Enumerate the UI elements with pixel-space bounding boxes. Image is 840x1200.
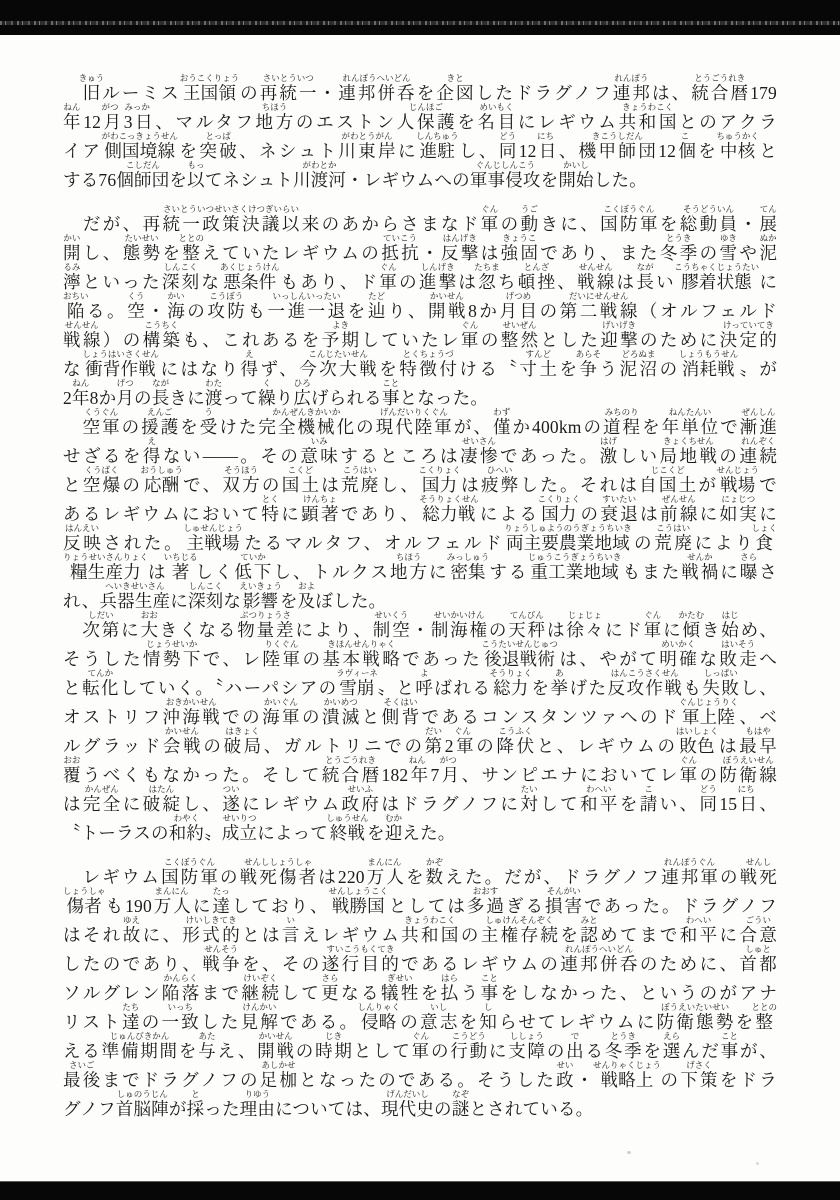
text-run: の bbox=[142, 1012, 162, 1032]
ruby-word: 現代史げんだいし bbox=[381, 1099, 434, 1119]
ruby-word: 整ととの bbox=[755, 1012, 777, 1032]
text-run: を bbox=[280, 591, 298, 611]
text-run: に bbox=[720, 562, 740, 582]
ruby-word: 荒廃こうはい bbox=[654, 533, 694, 553]
ruby-word: 長なが bbox=[152, 388, 170, 408]
text-run: の bbox=[481, 330, 501, 350]
ruby-word: 第二戦線だいにせんせん bbox=[560, 301, 640, 321]
ruby-word: 戦略上せんりゃくじょう bbox=[595, 1070, 658, 1090]
ruby-word: 知し bbox=[479, 1012, 499, 1032]
text-run: を bbox=[457, 112, 477, 132]
text-run: であるレギウムの bbox=[401, 954, 560, 974]
text-run: しく bbox=[194, 562, 235, 582]
text-run: を bbox=[180, 417, 200, 437]
text-run: 12 bbox=[519, 141, 537, 161]
text-run: レギウム bbox=[63, 867, 161, 887]
text-run: を bbox=[179, 1041, 198, 1061]
text-run: と、レギウムの bbox=[537, 736, 678, 756]
text-line: レギウム国防軍こくぼうぐんの戦死傷者せんししょうしゃは220万人まんにんを数かぞ… bbox=[63, 857, 777, 886]
text-run: を bbox=[421, 983, 441, 1003]
ruby-word: 会戦かいせん bbox=[163, 736, 203, 756]
text-run: の bbox=[461, 925, 481, 945]
ruby-word: 合意ごうい bbox=[739, 925, 777, 945]
ruby-word: 損害そんがい bbox=[545, 896, 584, 916]
ruby-word: 大おお bbox=[140, 620, 159, 640]
ruby-word: 防衛態勢ぼうえいたいせい bbox=[657, 1012, 736, 1032]
text-run: の bbox=[302, 707, 322, 727]
ruby-word: 著いちじる bbox=[168, 562, 194, 582]
ruby-word: 以もっ bbox=[187, 170, 205, 190]
ruby-word: 年ねん bbox=[63, 112, 83, 132]
text-run: まで bbox=[202, 983, 242, 1003]
text-run: を bbox=[367, 823, 385, 843]
ruby-word: 衝背作戦しょうはいさくせん bbox=[83, 359, 158, 379]
text-run: 179 bbox=[750, 83, 777, 103]
ruby-word: 陸軍りくぐん bbox=[262, 649, 302, 669]
text-run: の bbox=[578, 504, 600, 524]
ruby-word: 応酬おうしゅう bbox=[142, 475, 181, 495]
text-run: は bbox=[640, 504, 660, 524]
ruby-word: 連続れんぞく bbox=[739, 446, 777, 466]
text-run: を bbox=[643, 1041, 662, 1061]
text-run: をしなかった、というのがアナ bbox=[500, 983, 777, 1003]
text-run: の bbox=[660, 359, 680, 379]
ruby-word: 明確めいかく bbox=[659, 649, 699, 669]
text-run: に bbox=[429, 562, 449, 582]
text-run: の bbox=[700, 765, 720, 785]
text-run: げられる bbox=[311, 388, 382, 408]
ruby-word: 膠着状態こうちゃくじょうたい bbox=[676, 272, 757, 292]
ruby-word: 局地戦きょくちせん bbox=[660, 446, 720, 466]
text-run: オストリフ bbox=[63, 707, 162, 727]
text-run: に bbox=[757, 272, 777, 292]
text-run: たるマルタフ、オルフェルド bbox=[242, 533, 505, 553]
text-run: にはなり bbox=[158, 359, 240, 379]
ruby-word: 犠牲ぎせい bbox=[381, 983, 421, 1003]
text-run: に bbox=[398, 141, 418, 161]
ruby-word: 個師団こしだん bbox=[116, 170, 169, 190]
text-run: に bbox=[489, 1041, 508, 1061]
text-run: の bbox=[659, 1070, 681, 1090]
text-run: も190 bbox=[104, 896, 152, 916]
ruby-word: 連邦併呑れんぽうへいどん bbox=[338, 83, 417, 103]
ruby-word: 破局はきょく bbox=[223, 736, 263, 756]
ruby-word: 地方ちほう bbox=[256, 112, 296, 132]
ruby-word: 整ととの bbox=[182, 243, 200, 263]
ruby-word: 完全かんぜん bbox=[83, 794, 123, 814]
ruby-word: 謎なぞ bbox=[452, 1099, 470, 1119]
text-run: であった。ドラグノフ bbox=[584, 896, 777, 916]
ruby-word: 連邦併呑れんぽうへいどん bbox=[560, 954, 640, 974]
ruby-word: 強固きょうこ bbox=[501, 243, 541, 263]
ruby-word: 日にち bbox=[537, 141, 559, 161]
text-run: な bbox=[63, 359, 83, 379]
ruby-word: 下策げさく bbox=[680, 1070, 720, 1090]
ruby-word: 戦場せんじょう bbox=[718, 475, 757, 495]
text-line: だが、再統一政策決議以来さいとういつせいさくけつぎいらいのあからさまなド軍ぐんの… bbox=[63, 204, 777, 233]
ruby-word: 和平わへい bbox=[680, 925, 720, 945]
ruby-word: 機甲師団きこうしだん bbox=[579, 141, 659, 161]
text-run: であり、また bbox=[540, 243, 659, 263]
text-run: の bbox=[187, 301, 207, 321]
text-run: での bbox=[222, 707, 262, 727]
text-run: ・ bbox=[319, 83, 339, 103]
text-run: の bbox=[220, 867, 240, 887]
ruby-word: 及およ bbox=[298, 591, 316, 611]
ruby-word: 認みと bbox=[580, 925, 600, 945]
text-run: 、 bbox=[559, 141, 579, 161]
ruby-word: 選えら bbox=[663, 1041, 682, 1061]
text-run: はドラグノフに bbox=[381, 794, 520, 814]
text-run: なる bbox=[341, 983, 381, 1003]
text-run: せざるを bbox=[63, 446, 143, 466]
text-run: って bbox=[223, 388, 258, 408]
ruby-word: 月げつ bbox=[116, 388, 134, 408]
text-run: にド bbox=[605, 620, 644, 640]
ruby-word: 年ねん bbox=[72, 388, 90, 408]
ruby-word: 糧生産力りょうせいさんりょく bbox=[63, 562, 146, 582]
text-run: し、 bbox=[381, 475, 421, 495]
text-run: けた bbox=[219, 417, 258, 437]
ruby-word: 次第しだい bbox=[82, 620, 121, 640]
ruby-word: 天秤てんびん bbox=[508, 620, 547, 640]
scan-speck bbox=[627, 1151, 631, 1154]
ruby-word: 軍ぐん bbox=[644, 620, 663, 640]
ruby-word: 現代陸軍げんだいりくぐん bbox=[376, 417, 454, 437]
text-run: う bbox=[597, 359, 619, 379]
text-run: 2 bbox=[63, 388, 72, 408]
ruby-word: 最早もはや bbox=[739, 736, 777, 756]
scan-speck bbox=[756, 1162, 759, 1165]
text-run: えレギウム bbox=[302, 925, 401, 945]
text-line: リスト達たちの一致いっちした見解けんかいである。侵略しんりゃくの意志いしを知しら… bbox=[63, 1002, 777, 1031]
text-run: 8か bbox=[90, 388, 117, 408]
text-run: していく。〝ハーパシアの bbox=[120, 678, 338, 698]
text-run: の bbox=[547, 1041, 566, 1061]
text-run: のために、 bbox=[640, 954, 740, 974]
text-run: る bbox=[585, 1041, 604, 1061]
ruby-word: 国力こくりょく bbox=[420, 475, 459, 495]
ruby-word: 共和国きょうわこく bbox=[401, 925, 461, 945]
ruby-word: 王国領おうこくりょう bbox=[181, 83, 238, 103]
ruby-word: 敗走はいそう bbox=[719, 649, 759, 669]
text-run: する bbox=[488, 562, 529, 582]
text-run: 182 bbox=[382, 765, 409, 785]
text-run: を bbox=[177, 141, 199, 161]
ruby-word: 採と bbox=[187, 1099, 205, 1119]
text-run: を bbox=[417, 83, 437, 103]
ruby-word: 意志いし bbox=[420, 1012, 460, 1032]
ruby-word: 軍ぐん bbox=[481, 214, 501, 234]
ruby-word: 侵略しんりゃく bbox=[359, 1012, 398, 1032]
text-run: ・ bbox=[147, 301, 167, 321]
ruby-word: 戦線せんせん bbox=[577, 272, 617, 292]
text-run: の bbox=[296, 1041, 315, 1061]
text-run: が、 bbox=[740, 1041, 777, 1061]
ruby-word: 継続けいぞく bbox=[241, 983, 281, 1003]
ruby-word: 道程みちのり bbox=[603, 417, 642, 437]
ruby-word: 抵抗ていこう bbox=[381, 243, 421, 263]
ruby-word: 川東岸がわとうがん bbox=[338, 141, 398, 161]
ruby-word: 万人まんにん bbox=[365, 867, 406, 887]
ruby-word: 企図きと bbox=[436, 83, 475, 103]
ruby-word: 遂つい bbox=[222, 794, 242, 814]
text-run: は、やがて bbox=[557, 649, 659, 669]
text-run: を bbox=[620, 794, 640, 814]
ruby-word: 月がつ bbox=[439, 765, 461, 785]
ruby-word: 後退戦術こうたいせんじゅつ bbox=[482, 649, 557, 669]
text-run: ルグラッド bbox=[63, 736, 163, 756]
text-run: 、ガルトリニでの bbox=[264, 736, 425, 756]
ruby-word: 基本戦略きほんせんりゃく bbox=[322, 649, 402, 669]
ruby-word: 最後さいご bbox=[63, 1070, 103, 1090]
text-line: 旧きゅうルーミス王国領おうこくりょうの再統一さいとういつ・連邦併呑れんぽうへいど… bbox=[63, 73, 777, 102]
text-run: して bbox=[281, 983, 321, 1003]
paragraph: だが、再統一政策決議以来さいとういつせいさくけつぎいらいのあからさまなド軍ぐんの… bbox=[63, 204, 777, 407]
ruby-word: 川渡河がわとか bbox=[293, 170, 346, 190]
ruby-word: 軍ぐん bbox=[461, 330, 481, 350]
ruby-word: 辿たど bbox=[368, 301, 388, 321]
text-run: したのであり、 bbox=[63, 954, 202, 974]
text-run: げた bbox=[570, 678, 608, 698]
text-run: を bbox=[169, 170, 187, 190]
text-run: き bbox=[700, 620, 721, 640]
ruby-word: 僅わず bbox=[493, 417, 513, 437]
text-run: に、 bbox=[143, 925, 183, 945]
text-run: の bbox=[489, 620, 508, 640]
paragraph: 旧きゅうルーミス王国領おうこくりょうの再統一さいとういつ・連邦併呑れんぽうへいど… bbox=[63, 73, 777, 189]
text-line: 空軍くうぐんの援護えんごを受うけた完全機械化かんぜんきかいかの現代陸軍げんだいり… bbox=[63, 407, 777, 436]
text-run: に bbox=[121, 620, 140, 640]
text-run: ける〝 bbox=[459, 359, 519, 379]
paragraph: 次第しだいに大おおきくなる物量差ぶつりょうさにより、制空せいくう・制海権せいかい… bbox=[63, 610, 777, 842]
text-run: め、 bbox=[741, 620, 777, 640]
text-run: による bbox=[478, 504, 540, 524]
text-run: が、 bbox=[454, 417, 493, 437]
ruby-word: 一致いっち bbox=[162, 1012, 202, 1032]
scan-grain-line bbox=[0, 21, 840, 25]
ruby-word: 冬季とうき bbox=[660, 243, 700, 263]
text-run: で bbox=[757, 475, 777, 495]
ruby-word: 双方そうほう bbox=[222, 475, 262, 495]
scanned-book-page: { "document": { "type": "scanned-book-pa… bbox=[0, 0, 840, 1200]
text-run: ・ bbox=[411, 620, 430, 640]
paragraph: 空軍くうぐんの援護えんごを受うけた完全機械化かんぜんきかいかの現代陸軍げんだいり… bbox=[63, 407, 777, 610]
ruby-word: 主権存続しゅけんそんぞく bbox=[481, 925, 561, 945]
ruby-word: 疲弊ひへい bbox=[481, 475, 521, 495]
ruby-word: 開戦かいせん bbox=[428, 301, 468, 321]
ruby-word: 開戦かいせん bbox=[257, 1041, 296, 1061]
ruby-word: 潰滅かいめつ bbox=[322, 707, 362, 727]
text-run: う bbox=[461, 983, 481, 1003]
ruby-word: 与あた bbox=[198, 1041, 217, 1061]
ruby-word: 首脳陣しゅのうじん bbox=[116, 1099, 169, 1119]
ruby-word: 年ねん bbox=[408, 765, 430, 785]
text-run: を、その bbox=[242, 954, 322, 974]
text-run: とは bbox=[242, 925, 282, 945]
text-run: の bbox=[398, 1012, 420, 1032]
text-run: の bbox=[501, 214, 521, 234]
ruby-word: 国力こくりょく bbox=[539, 504, 578, 524]
ruby-word: 失敗しっぱい bbox=[702, 678, 740, 698]
ruby-word: 悪条件あくじょうけん bbox=[221, 272, 278, 292]
text-run: の bbox=[399, 272, 419, 292]
ruby-word: 反映はんえい bbox=[63, 533, 103, 553]
ruby-word: 成立せいりつ bbox=[222, 823, 257, 843]
ruby-word: 万人まんにん bbox=[152, 896, 193, 916]
ruby-word: 戦死傷者せんししょうしゃ bbox=[240, 867, 319, 887]
text-run: した。 bbox=[594, 170, 647, 190]
ruby-word: 言い bbox=[282, 925, 302, 945]
text-run: だが、 bbox=[63, 214, 143, 234]
ruby-word: 連邦れんぽう bbox=[613, 83, 652, 103]
ruby-word: 準備期間じゅんびきかん bbox=[102, 1041, 179, 1061]
text-run: んだ bbox=[682, 1041, 721, 1061]
text-run: であった bbox=[402, 649, 482, 669]
text-run: と bbox=[63, 678, 82, 698]
ruby-word: 制空せいくう bbox=[373, 620, 412, 640]
ruby-word: 事こと bbox=[382, 388, 400, 408]
text-run: や bbox=[739, 243, 759, 263]
text-run: とのアクラ bbox=[679, 112, 777, 132]
text-run: も bbox=[247, 301, 267, 321]
ruby-word: 深刻しんこく bbox=[162, 272, 202, 292]
text-run: はそれ bbox=[63, 925, 123, 945]
ruby-word: 雪崩ラヴィーネ bbox=[338, 678, 377, 698]
text-run: を bbox=[560, 925, 580, 945]
ruby-word: 如実にょじつ bbox=[720, 504, 760, 524]
text-run: も bbox=[683, 678, 702, 698]
ruby-word: 迎撃げいげき bbox=[600, 330, 640, 350]
ruby-word: 国防軍こくぼうぐん bbox=[161, 867, 220, 887]
text-run: した bbox=[201, 1012, 241, 1032]
ruby-word: 泥ぬか bbox=[759, 243, 777, 263]
text-run: きくなる bbox=[160, 620, 237, 640]
text-run: については、 bbox=[275, 1099, 381, 1119]
text-run: として bbox=[354, 1041, 412, 1061]
text-run: を bbox=[642, 417, 662, 437]
text-run: か400kmの bbox=[512, 417, 603, 437]
text-run: された。 bbox=[103, 533, 184, 553]
text-run: え、 bbox=[218, 1041, 258, 1061]
text-run: としては bbox=[387, 896, 467, 916]
ruby-word: 陥落かんらく bbox=[162, 983, 202, 1003]
text-run: の bbox=[476, 736, 496, 756]
ruby-word: 側国境線がわこっきょうせん bbox=[102, 141, 177, 161]
ruby-word: 忽たちま bbox=[478, 272, 496, 292]
text-run: らせてレギウムに bbox=[499, 1012, 656, 1032]
text-run: であり、 bbox=[341, 504, 420, 524]
text-run: は bbox=[717, 736, 740, 756]
ruby-word: 渡わた bbox=[205, 388, 223, 408]
text-run: える bbox=[63, 1041, 102, 1061]
ruby-word: 総動員そうどういん bbox=[680, 214, 740, 234]
ruby-word: 傾かたむ bbox=[683, 620, 701, 640]
ruby-word: 開始かいし bbox=[558, 170, 593, 190]
ruby-word: 迎むか bbox=[385, 823, 403, 843]
text-run: するところは bbox=[340, 446, 460, 466]
ruby-word: 得え bbox=[143, 446, 163, 466]
ruby-word: 意味いみ bbox=[300, 446, 340, 466]
text-run: とした bbox=[541, 330, 601, 350]
text-run: のあからさまなド bbox=[322, 214, 481, 234]
text-run: に bbox=[193, 896, 213, 916]
text-run: の bbox=[700, 243, 720, 263]
text-run: に bbox=[123, 794, 143, 814]
ruby-word: 国防軍こくぼうぐん bbox=[600, 214, 660, 234]
ruby-word: 総力そうりょく bbox=[491, 678, 530, 698]
text-run: えていたレギウムの bbox=[200, 243, 381, 263]
text-run: までドラグノフの bbox=[103, 1070, 260, 1090]
text-run: 2 bbox=[445, 736, 454, 756]
ruby-word: 同どう bbox=[499, 141, 519, 161]
ruby-word: 和約わやく bbox=[169, 823, 204, 843]
text-run: きに、 bbox=[540, 214, 600, 234]
ruby-word: 事こと bbox=[721, 1041, 740, 1061]
ruby-word: 呼よ bbox=[415, 678, 434, 698]
ruby-word: 冬季とうき bbox=[605, 1041, 644, 1061]
ruby-word: 濘るみ bbox=[63, 272, 83, 292]
text-run: 、サンピエナにおいてレ bbox=[462, 765, 680, 785]
ruby-word: 制海権せいかいけん bbox=[431, 620, 489, 640]
text-run: 15 bbox=[719, 794, 737, 814]
text-run: の bbox=[238, 83, 260, 103]
text-run: であるコンスタンツァへのド bbox=[422, 707, 680, 727]
text-run: といった bbox=[83, 272, 162, 292]
ruby-word: 旧きゅう bbox=[83, 83, 101, 103]
text-run: もあり、ド bbox=[279, 272, 380, 292]
text-run: へ bbox=[759, 649, 777, 669]
text-run: ソルグレン bbox=[63, 983, 162, 1003]
ruby-word: 兵器生産へいきせいさん bbox=[99, 591, 170, 611]
text-run: と bbox=[362, 707, 382, 727]
ruby-word: 足枷あしかせ bbox=[260, 1070, 300, 1090]
ruby-word: 更さら bbox=[321, 983, 341, 1003]
ruby-word: 物量差ぶつりょうさ bbox=[237, 620, 295, 640]
ruby-word: 達たっ bbox=[212, 896, 232, 916]
text-run: となった。 bbox=[400, 388, 489, 408]
ruby-word: 請こ bbox=[640, 794, 660, 814]
ruby-word: 覆おお bbox=[63, 765, 83, 785]
text-run: 、ネシュト bbox=[239, 141, 338, 161]
text-run: の bbox=[431, 1041, 450, 1061]
ruby-word: 敗色はいしょく bbox=[678, 736, 717, 756]
ruby-word: 統合暦とうごうれき bbox=[322, 765, 382, 785]
text-run: り、 bbox=[388, 301, 428, 321]
text-run: の bbox=[203, 736, 223, 756]
ruby-word: 転化てんか bbox=[82, 678, 120, 698]
ruby-word: 構築こうちく bbox=[143, 330, 183, 350]
ruby-word: 月目げつめ bbox=[500, 301, 540, 321]
ruby-word: 首都しゅと bbox=[739, 954, 777, 974]
text-run: に bbox=[700, 504, 720, 524]
ruby-word: 曝さら bbox=[740, 562, 760, 582]
ruby-word: 進駐しんちゅう bbox=[418, 141, 457, 161]
ruby-word: 側背そくはい bbox=[382, 707, 422, 727]
ruby-word: 遂行目的すいこうもくてき bbox=[322, 954, 402, 974]
ruby-word: 破綻はたん bbox=[143, 794, 183, 814]
text-run: を bbox=[379, 359, 399, 379]
text-run: の bbox=[262, 475, 282, 495]
ruby-word: 見解けんかい bbox=[241, 1012, 281, 1032]
text-run: グノフ bbox=[63, 1099, 116, 1119]
ruby-word: 3日みっか bbox=[124, 112, 156, 132]
ruby-word: 傷者しょうしゃ bbox=[63, 896, 104, 916]
ruby-word: 沖海戦おきかいせん bbox=[162, 707, 222, 727]
text-run: であった。 bbox=[500, 446, 600, 466]
ruby-word: 多過おおす bbox=[467, 896, 506, 916]
ruby-word: 軍事侵攻ぐんじしんこう bbox=[470, 170, 541, 190]
